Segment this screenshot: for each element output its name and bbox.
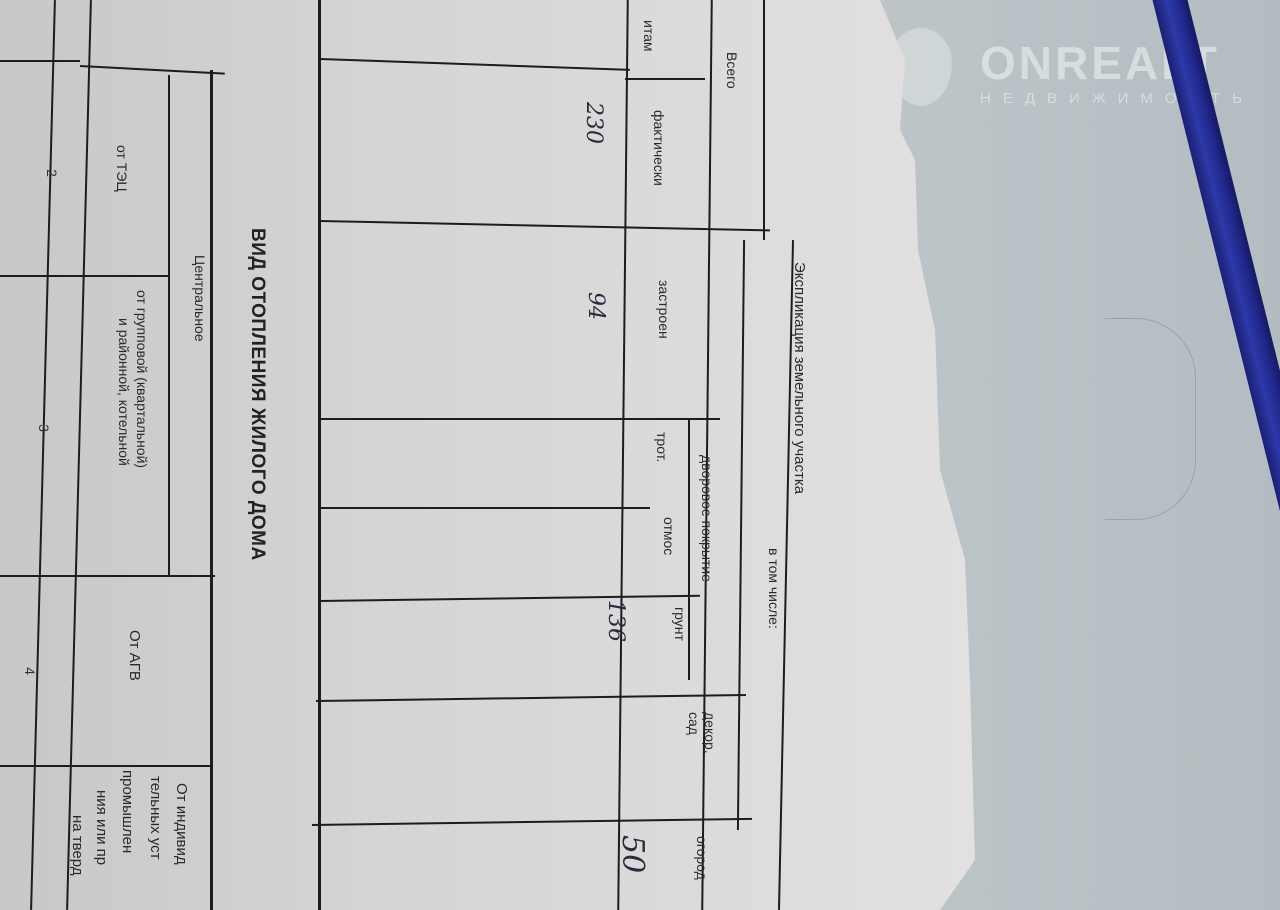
grid-line (80, 65, 225, 75)
table-border (210, 70, 213, 910)
grid-line (617, 0, 629, 910)
header-from-group-2: и районной, котельной (116, 318, 132, 466)
column-number-4: 4 (22, 667, 38, 675)
grid-line (0, 275, 170, 277)
header-individual-1: От индивид (173, 783, 190, 865)
grid-line (320, 507, 650, 509)
header-including: в том числе: (766, 548, 782, 629)
heating-section-title: ВИД ОТОПЛЕНИЯ ЖИЛОГО ДОМА (246, 228, 268, 561)
header-actual: фактически (651, 110, 667, 186)
grid-line (320, 58, 630, 71)
header-built: застроен (656, 280, 672, 339)
header-blind-area: отмос (661, 517, 677, 555)
value-vegetable-garden: 50 (615, 835, 650, 873)
header-sidewalk: трот. (654, 432, 670, 462)
header-ground: грунт (672, 607, 688, 641)
header-yard-cover: дворовое покрытие (699, 455, 715, 582)
header-central: Центральное (192, 255, 208, 342)
header-total: Всего (724, 52, 740, 89)
grid-line (316, 694, 746, 702)
column-number-2: 2 (44, 169, 60, 177)
value-ground: 136 (603, 600, 628, 642)
grid-line (168, 75, 170, 575)
header-from-agv: От АГВ (126, 630, 143, 681)
header-individual-3: промышлен (119, 770, 136, 853)
header-from-tec: от ТЭЦ (114, 145, 130, 192)
header-from-group-1: от групповой (квартальной) (134, 290, 150, 468)
header-by-docs: итам (641, 20, 657, 52)
grid-line (0, 765, 210, 767)
column-number-3: 3 (36, 424, 52, 432)
grid-line (763, 0, 765, 240)
desk-scratch (1105, 318, 1196, 520)
grid-line (30, 0, 56, 910)
grid-line (320, 220, 770, 231)
grid-line (312, 818, 752, 826)
header-individual-4: ния или пр (93, 790, 110, 865)
grid-line (0, 60, 80, 62)
header-individual-2: тельных уст (147, 776, 164, 860)
grid-line (320, 418, 720, 420)
value-built: 94 (583, 292, 608, 320)
value-actual: 230 (581, 102, 606, 144)
grid-line (625, 78, 705, 80)
header-decor-garden: декор. сад (686, 712, 718, 772)
grid-line (737, 240, 745, 830)
grid-line (688, 420, 690, 680)
grid-line (0, 575, 215, 577)
table-border (318, 0, 321, 910)
grid-line (320, 595, 700, 602)
form-paper: Экспликация земельного участка Всего в т… (0, 0, 980, 910)
grid-line (66, 0, 92, 910)
header-individual-5: на тверд (69, 815, 86, 876)
land-section-title: Экспликация земельного участка (791, 262, 808, 494)
header-vegetable-garden: огород (694, 836, 710, 880)
